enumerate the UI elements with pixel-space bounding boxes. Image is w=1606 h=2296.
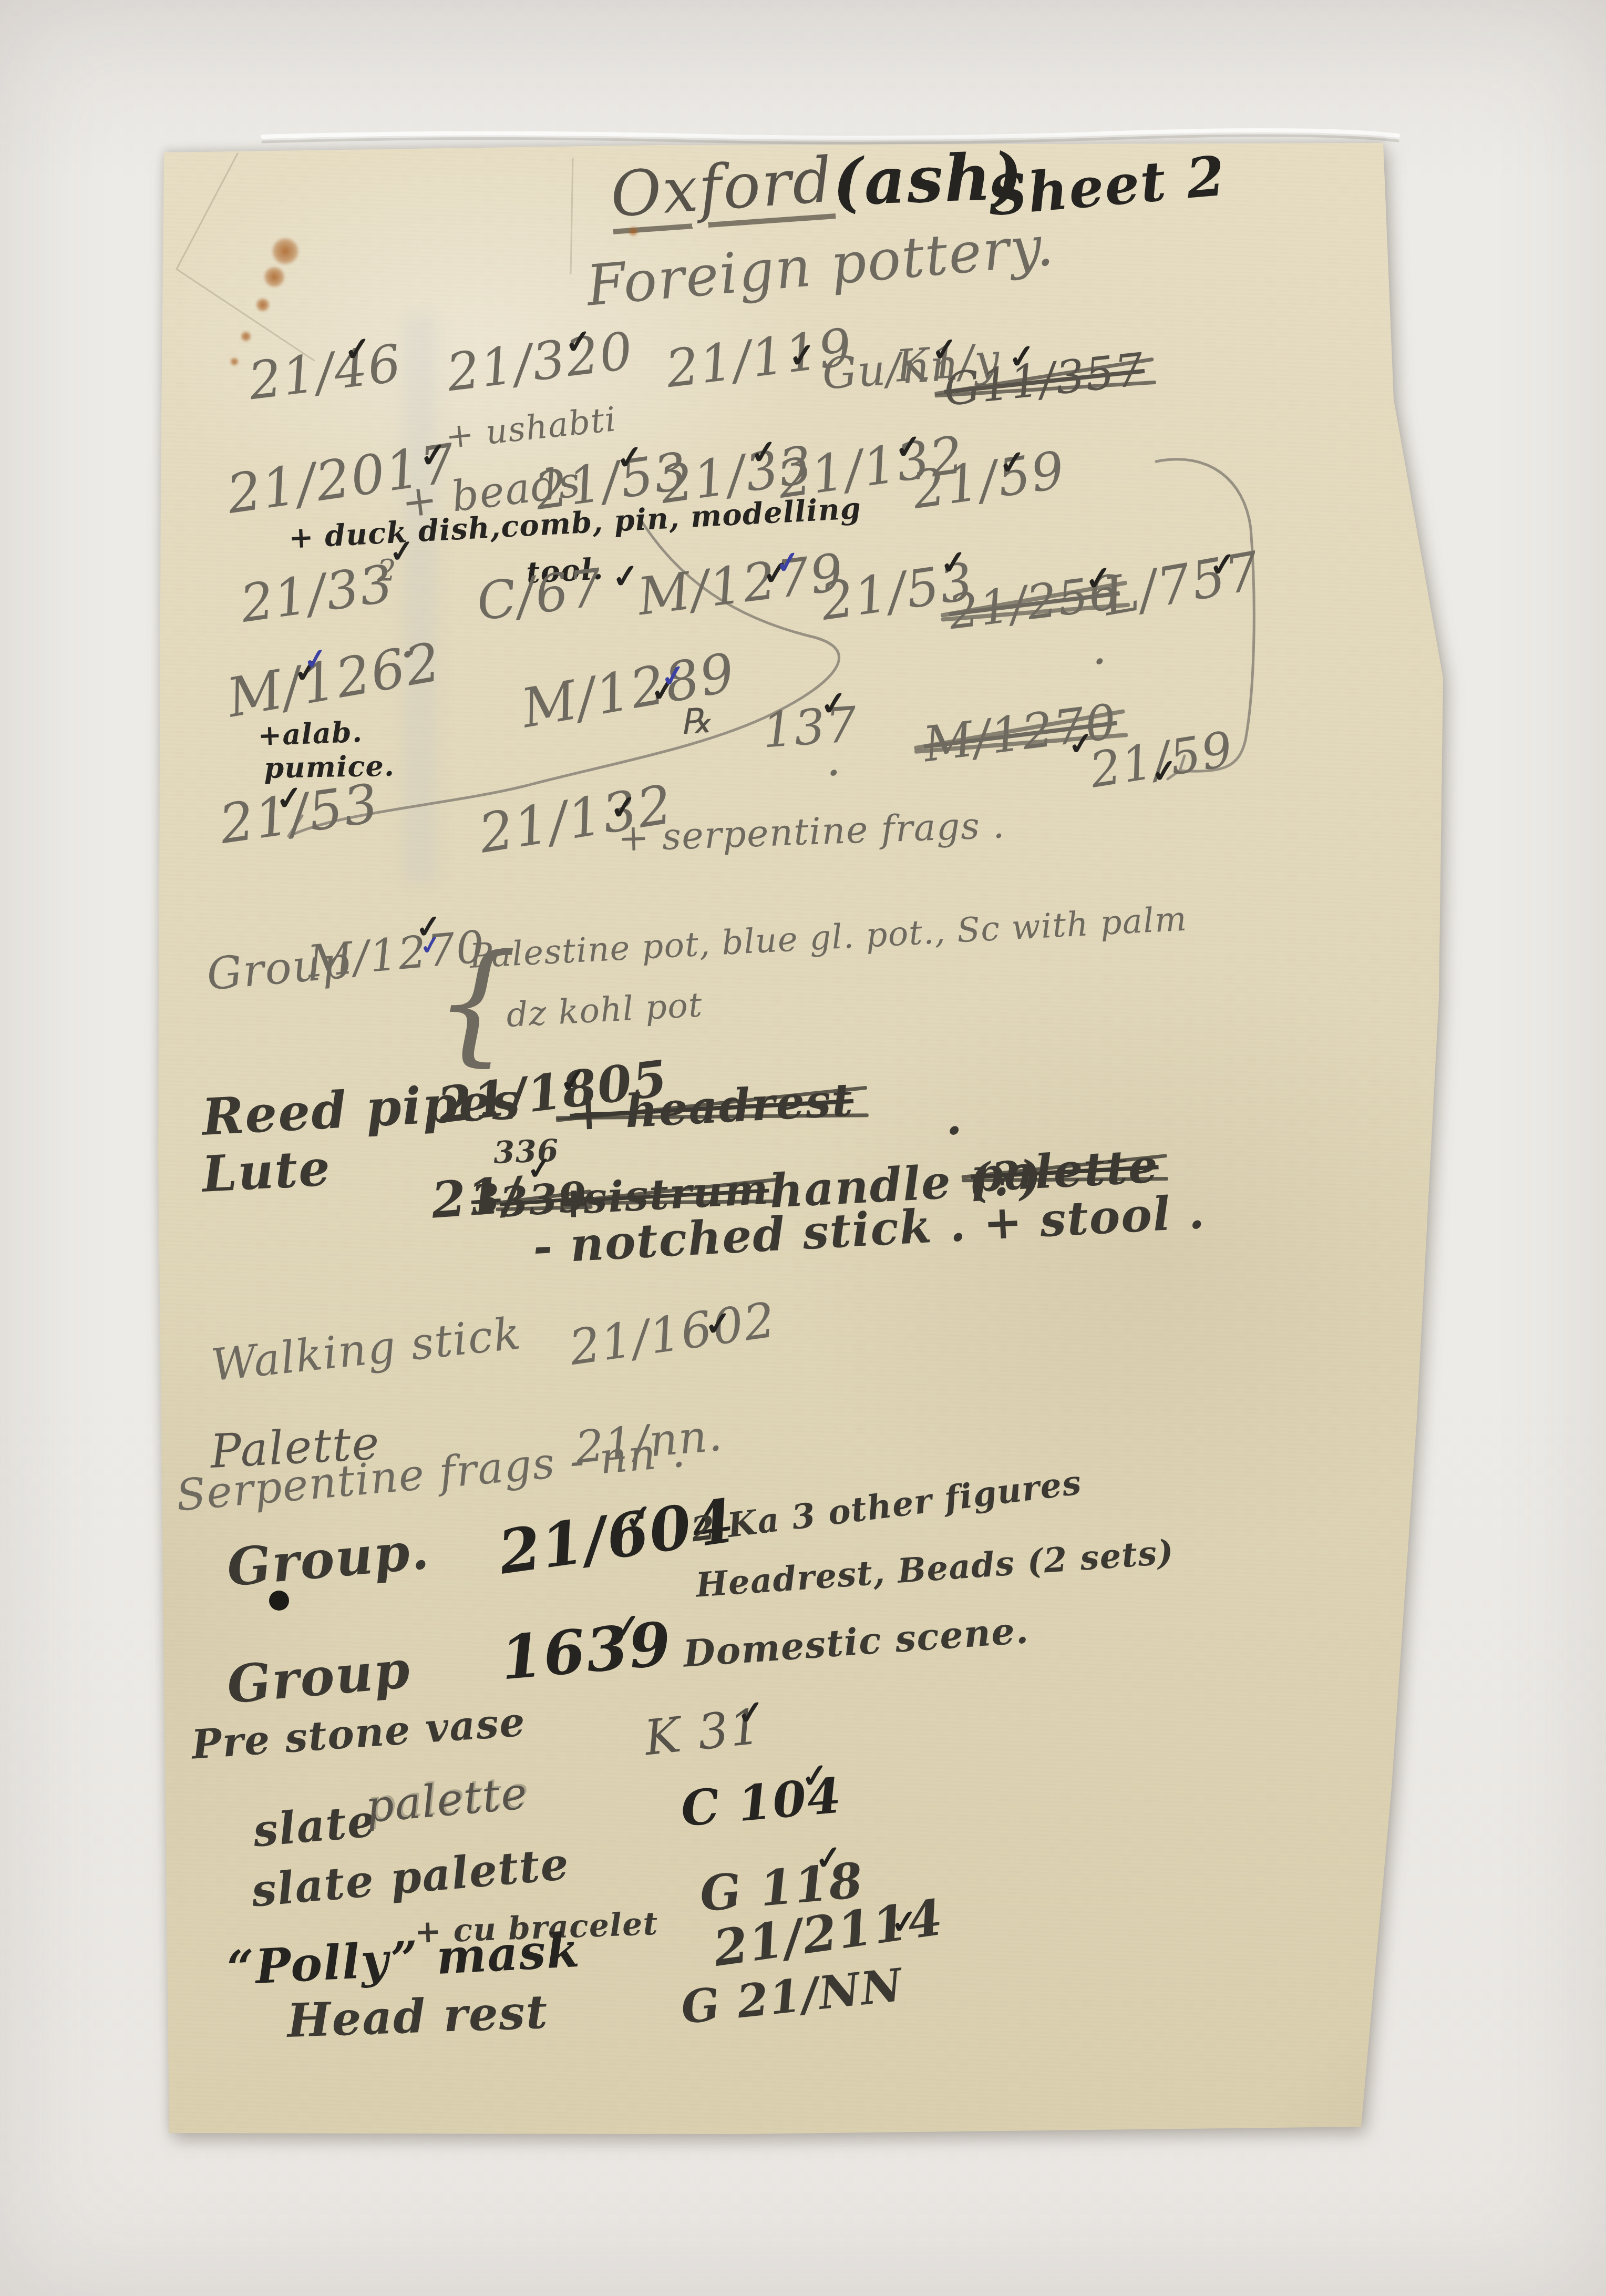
checkmark: ✓ (939, 545, 969, 580)
digit-3-struck: 3 (470, 1178, 502, 1222)
rust-spot (629, 227, 638, 236)
checkmark: ✓ (930, 333, 960, 367)
title-oxford: Oxford (609, 148, 835, 225)
checkmark: ✓ (1007, 339, 1037, 374)
checkmark: ✓ (1150, 755, 1180, 788)
label-palette-overwritten: palette (364, 1771, 530, 1829)
checkmark-blue: ✓ (302, 643, 330, 675)
period: . (826, 736, 842, 783)
checkmark: ✓ (893, 429, 924, 464)
label-lute: Lute (201, 1143, 332, 1200)
checkmark: ✓ (615, 440, 645, 475)
checkmark: ✓ (997, 445, 1028, 480)
checkmark: ✓ (388, 535, 417, 568)
paper-shadow-wrapper: Oxford(ash)Sheet 2Foreign pottery.21/46✓… (0, 0, 1606, 2296)
label-slate-1: slate (251, 1799, 378, 1853)
checkmark-blue: ✓ (774, 546, 802, 579)
checkmark: ✓ (623, 1500, 655, 1536)
note-alab: +alab. (258, 717, 363, 750)
checkmark: ✓ (814, 1840, 844, 1875)
checkmark: ✓ (703, 1306, 734, 1341)
crease-line-2 (571, 159, 573, 273)
rust-spot (230, 357, 239, 366)
label-group-2: Group (225, 1644, 413, 1711)
checkmark: ✓ (612, 1609, 643, 1645)
checkmark: ✓ (889, 1904, 920, 1939)
checkmark: ✓ (1208, 547, 1238, 582)
scribble-symbol: ℞ (679, 703, 713, 740)
entry-1639: 1639 (498, 1614, 674, 1688)
scanned-document: Oxford(ash)Sheet 2Foreign pottery.21/46✓… (0, 0, 1606, 2296)
period: . (946, 1094, 963, 1142)
rust-spot (241, 331, 251, 342)
checkmark: ✓ (343, 332, 373, 366)
entry-c-67: C/67 (474, 562, 606, 629)
checkmark: ✓ (800, 1758, 830, 1793)
group-contents-line2: dz kohl pot (506, 988, 704, 1032)
ink-blot (269, 1591, 289, 1611)
label-head-rest: Head rest (286, 1988, 549, 2044)
rust-spot (256, 298, 270, 312)
checkmark: ✓ (819, 686, 849, 721)
rust-spot (272, 238, 299, 265)
note-pumice: pumice. (264, 752, 395, 782)
checkmark: ✓ (274, 781, 305, 815)
note-paper: Oxford(ash)Sheet 2Foreign pottery.21/46✓… (0, 0, 1606, 2296)
period: . (1092, 624, 1108, 672)
checkmark: ✓ (736, 1695, 766, 1730)
checkmark: ✓ (526, 1152, 554, 1185)
checkmark: ✓ (563, 324, 594, 359)
checkmark-blue: ✓ (659, 660, 688, 692)
note-headrest-struck: + headrest (569, 1078, 855, 1137)
rust-spot (264, 266, 285, 288)
checkmark: ✓ (787, 338, 818, 373)
checkmark: ✓ (418, 438, 449, 473)
